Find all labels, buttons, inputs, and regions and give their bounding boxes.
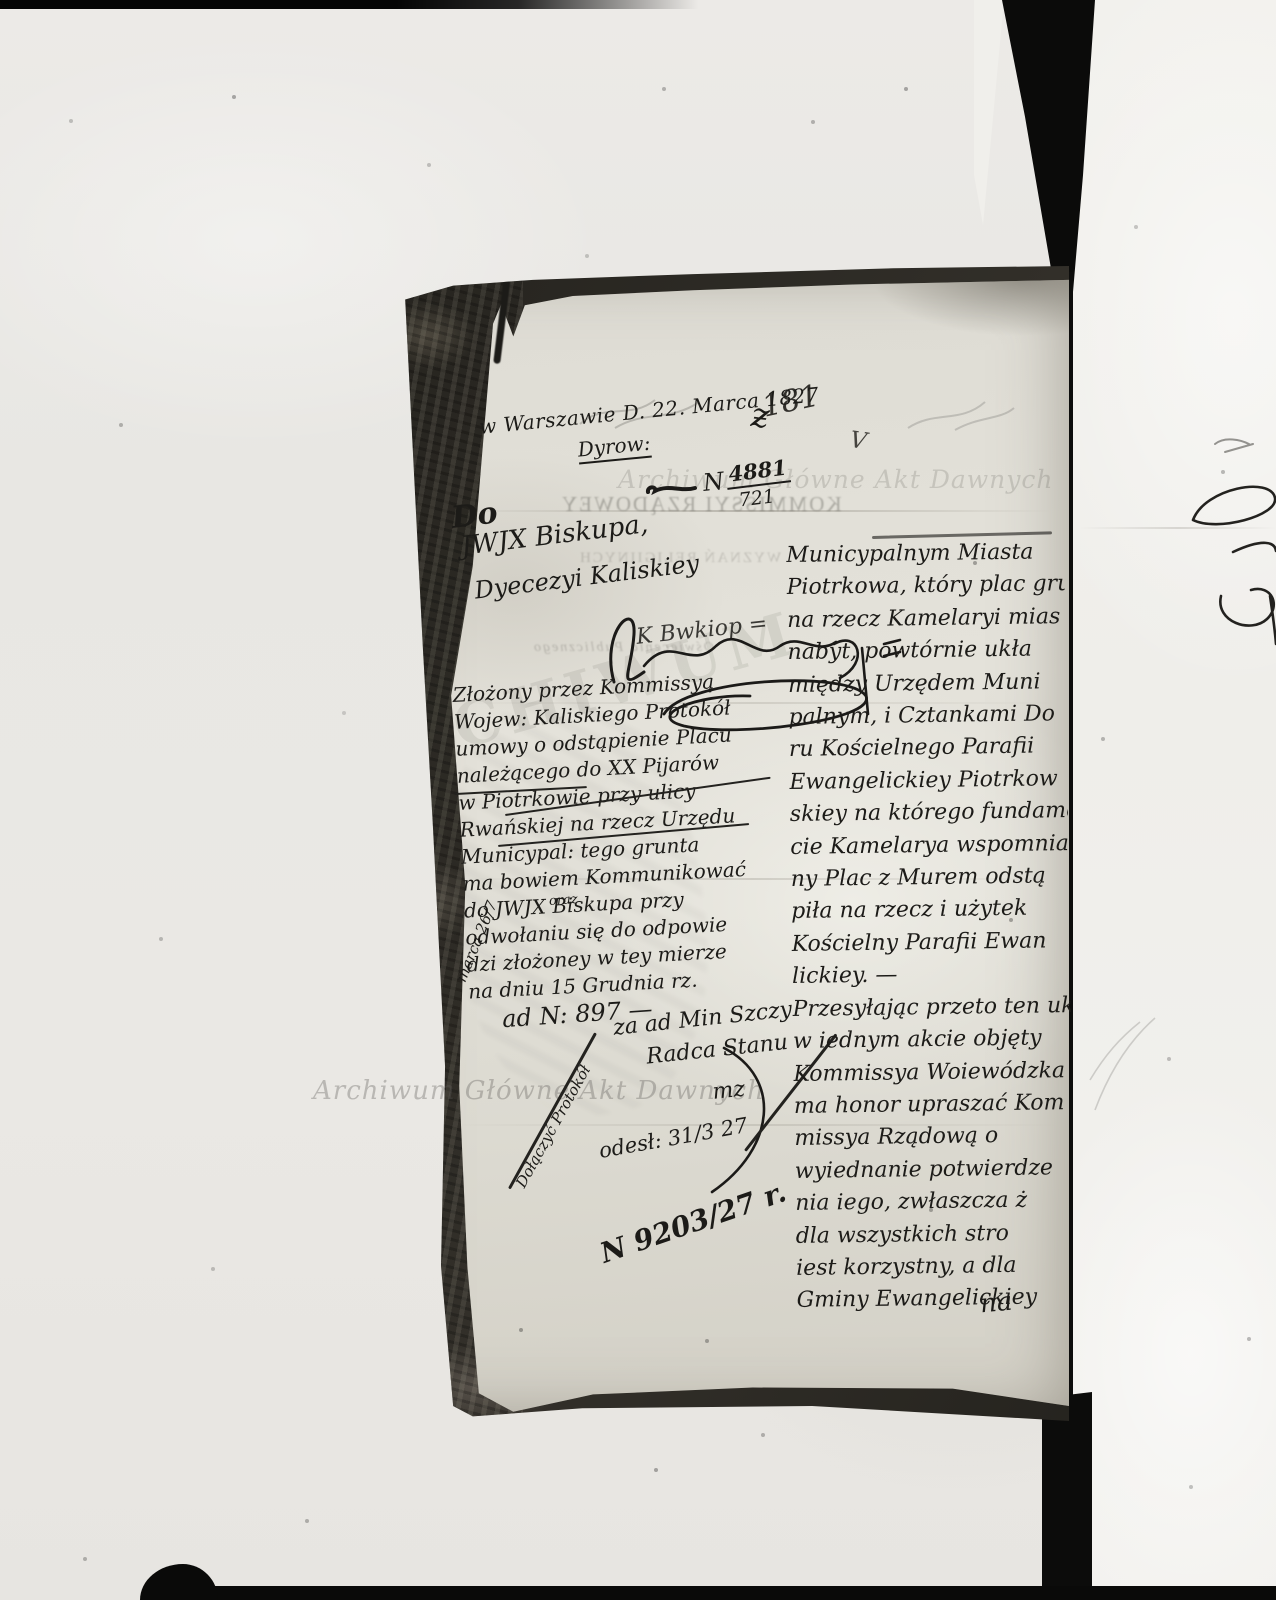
body-line: ma honor upraszać Kom xyxy=(794,1087,1072,1123)
body-line: w iednym akcie objęty xyxy=(793,1022,1071,1058)
body-line: piła na rzecz i użytek xyxy=(791,893,1069,929)
body-line: na rzecz Kamelaryi mias xyxy=(787,601,1065,637)
film-top-bar xyxy=(0,0,720,9)
pencil-scribble xyxy=(900,390,1020,435)
microfilm-scan: CHIWUM 181 V w Warszawie D. 22. Marca 18… xyxy=(0,0,1276,1600)
film-gap-strip xyxy=(1042,1392,1092,1592)
body-column: Municypalnym MiastaPiotrkowa, który plac… xyxy=(786,536,1075,1318)
film-bottom-bar xyxy=(160,1586,1276,1600)
interline-insert: oraz xyxy=(549,892,579,909)
film-blot xyxy=(140,1564,218,1600)
body-line: palnym, i Cztankami Do xyxy=(788,698,1066,734)
body-line: Przesyłając przeto ten ukła xyxy=(792,990,1070,1026)
body-line: Municypalnym Miasta xyxy=(786,536,1064,572)
header-flourish: ƶ xyxy=(749,395,771,437)
dust-specks xyxy=(0,0,2,2)
body-line: nabyt, powtórnie ukła xyxy=(787,633,1065,669)
body-line: Kościelny Parafii Ewan xyxy=(791,925,1069,961)
body-line: Ewangelickiey Piotrkow xyxy=(789,763,1067,799)
body-line: między Urzędem Muni xyxy=(788,666,1066,702)
body-line: iest korzystny, a dla xyxy=(796,1249,1074,1285)
body-line: Kommissya Woiewódzka xyxy=(793,1055,1071,1091)
facing-page-scratches xyxy=(1085,1010,1165,1120)
catchword: na xyxy=(979,1287,1014,1320)
facing-page-flourishes xyxy=(1075,420,1276,680)
body-line: Gminy Ewangelickiey xyxy=(796,1281,1074,1317)
body-line: ny Plac z Murem odstą xyxy=(791,860,1069,896)
body-line: cie Kamelarya wspomnia xyxy=(790,828,1068,864)
check-mark: V xyxy=(848,427,868,455)
body-line: missya Rządową o xyxy=(794,1119,1072,1155)
body-line: skiey na którego fundamen xyxy=(790,795,1068,831)
body-line: wyiednanie potwierdze xyxy=(795,1152,1073,1188)
body-line: lickiey. — xyxy=(792,957,1070,993)
page-corner-sliver xyxy=(974,0,1004,250)
body-line: nia iego, zwłaszcza ż xyxy=(795,1184,1073,1220)
body-line: ru Kościelnego Parafii xyxy=(789,731,1067,767)
body-line: Piotrkowa, który plac gru xyxy=(786,569,1064,605)
body-line: dla wszystkich stro xyxy=(796,1217,1074,1253)
header-dept: Dyrow: xyxy=(577,431,652,465)
facing-page xyxy=(1064,0,1276,1592)
